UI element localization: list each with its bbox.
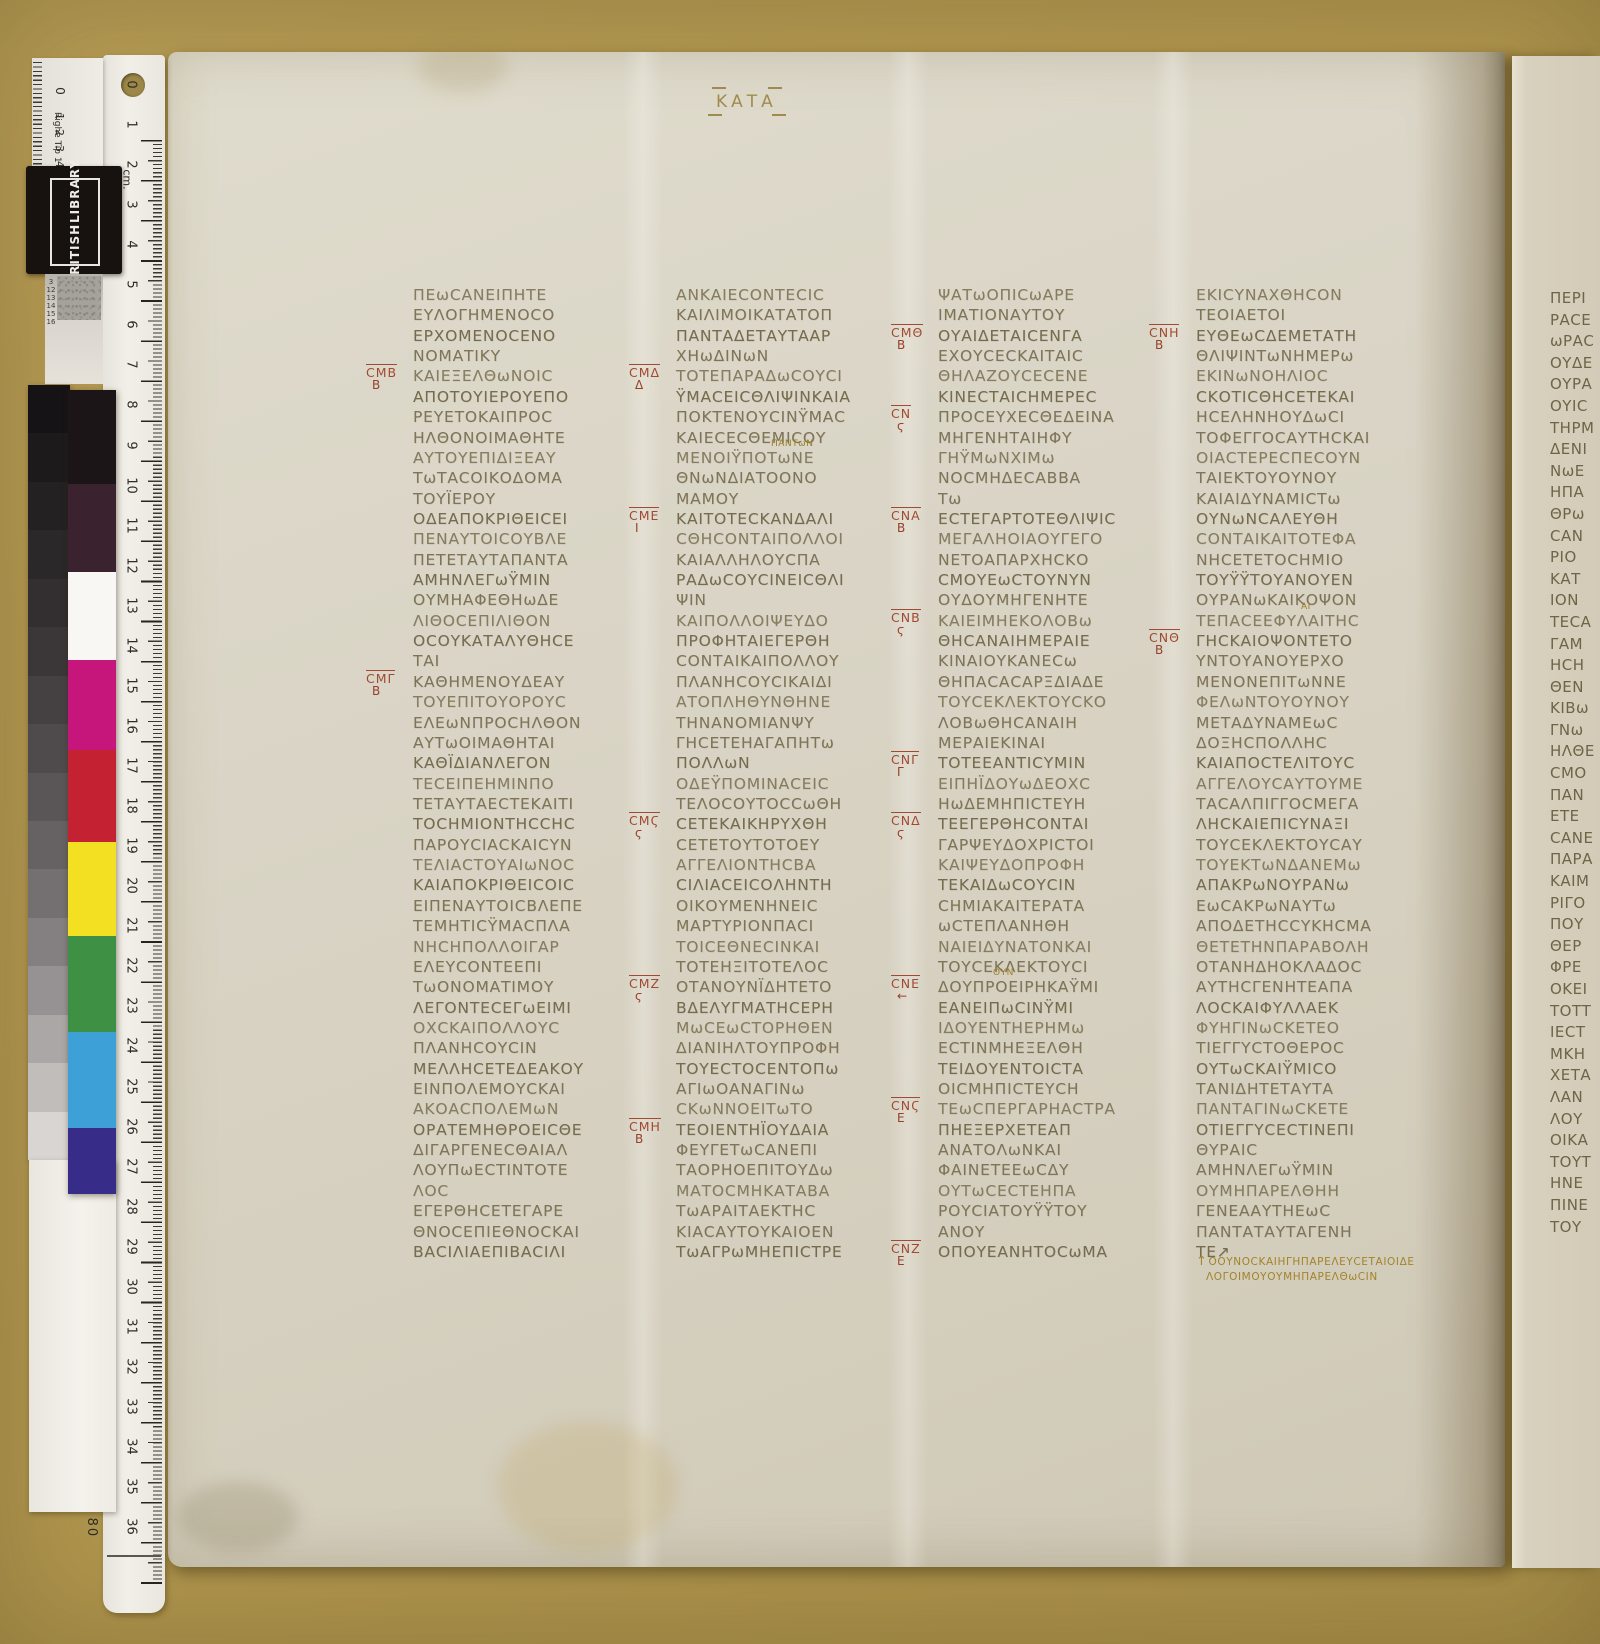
manuscript-line: CΟΝΤΑΙΚΑΙΠΟΛΛΟΥ: [676, 651, 976, 671]
canon-table: Β: [366, 379, 410, 392]
manuscript-line: ΤΟΥCΕΚΛΕΚΤΟΥCΑΥ: [1196, 835, 1496, 855]
grayscale-step: [28, 482, 70, 530]
facing-leaf-text: ΠΕΡΙΡΑCΕωΡΑCΟΥΔΕΟΥΡΑΟΥΙCΤΗΡΜΔΕΝΙΝωΕΗΠΑΘΡ…: [1550, 288, 1600, 1238]
manuscript-line: ΕΓΕΡΘΗCΕΤΕΓΑΡΕ: [413, 1201, 713, 1221]
manuscript-line: ΠΕωCΑΝΕΙΠΗΤΕ: [413, 285, 713, 305]
facing-leaf-line: ΠΕΡΙ: [1550, 288, 1600, 310]
manuscript-line: ΚΙΝΑΙΟΥΚΑΝΕCω: [938, 651, 1238, 671]
ruler-cm-number: 25: [124, 1074, 139, 1098]
manuscript-line: ΚΑΙΑΙΔΥΝΑΜΙCΤω: [1196, 489, 1496, 509]
manuscript-line: ΤΟΦΕΓΓΟCΑΥΤΗCΚΑΙ: [1196, 428, 1496, 448]
manuscript-line: ΘΝωΝΔΙΑΤΟΟΝΟ: [676, 468, 976, 488]
manuscript-line: ΟΥΤωCΚΑΙΫΜΙCΟ: [1196, 1059, 1496, 1079]
facing-leaf-line: ΚΑΙΜ: [1550, 871, 1600, 893]
color-patch-magenta: [68, 660, 116, 750]
canon-table: ϛ: [629, 990, 673, 1003]
ruler-cm-number: 24: [124, 1034, 139, 1058]
eusebian-canon-number: CΜΗΒ: [629, 1118, 673, 1146]
manuscript-line: ΤΕΚΑΙΔωCΟΥCΙΝ: [938, 875, 1238, 895]
manuscript-line: ΔΟΥΠΡΟΕΙΡΗΚΑΫΜΙ: [938, 977, 1238, 997]
eusebian-canon-number: CΝϛ: [891, 405, 935, 433]
canon-section: CΝΒ: [891, 609, 921, 624]
manuscript-line: ΤΗΝΑΝΟΜΙΑΝΨΥ: [676, 713, 976, 733]
eusebian-canon-number: CΜΖϛ: [629, 975, 673, 1003]
facing-leaf-line: ΟΥΡΑ: [1550, 374, 1600, 396]
canon-section: CΝΕ: [891, 975, 920, 990]
manuscript-line: ΑΥΤΟΥΕΠΙΔΙΞΕΑΥ: [413, 448, 713, 468]
color-patch-white: [68, 572, 116, 660]
manuscript-line: ΕωCΑΚΡωΝΑΥΤω: [1196, 896, 1496, 916]
grayscale-step: [28, 1063, 70, 1111]
eusebian-canon-number: CΜΕΙ: [629, 507, 673, 535]
facing-leaf-line: ΠΑΡΑ: [1550, 849, 1600, 871]
ruler-cm-number: 3: [124, 193, 139, 217]
manuscript-line: ΤΟΥCΕΚΛΕΚΤΟΥCΙ: [938, 957, 1238, 977]
manuscript-line: ΒΑCΙΛΙΑΕΠΙΒΑCΙΛΙ: [413, 1242, 713, 1262]
manuscript-line: ΠΛΑΝΗCΟΥCΙΚΑΙΔΙ: [676, 672, 976, 692]
grayscale-step: [28, 918, 70, 966]
manuscript-line: CΜΟΥΕωCΤΟΥΝΥΝ: [938, 570, 1238, 590]
manuscript-line: ΚΑΙΑΠΟCΤΕΛΙΤΟΥC: [1196, 753, 1496, 773]
manuscript-line: ΤΑΝΙΔΗΤΕΤΑΥΤΑ: [1196, 1079, 1496, 1099]
facing-leaf-line: ΤΟΤΤ: [1550, 1001, 1600, 1023]
calibration-fragment: 31213141516: [45, 274, 103, 384]
ruler-cm-number: 10: [124, 473, 139, 497]
manuscript-line: ΤΑΙΕΚΤΟΥΟΥΝΟΥ: [1196, 468, 1496, 488]
facing-leaf-line: CΜΟ: [1550, 763, 1600, 785]
ruler-cm-number: 11: [124, 513, 139, 537]
ruler-cm-number: 7: [124, 353, 139, 377]
footnote-line: ↑ΟΟΥΝΟCΚΑΙΗΓΗΠΑΡΕΛΕΥCΕΤΑΙΟΙΔΕ: [1196, 1254, 1415, 1270]
manuscript-line: ΜΗΓΕΝΗΤΑΙΗΦΥ: [938, 428, 1238, 448]
ruler-cm-number: 23: [124, 994, 139, 1018]
manuscript-line: ωCΤΕΠΛΑΝΗΘΗ: [938, 916, 1238, 936]
manuscript-line: CΚΟΤΙCΘΗCΕΤΕΚΑΙ: [1196, 387, 1496, 407]
canon-table: Ι: [629, 522, 673, 535]
manuscript-line: ΕΛΕΥCΟΝΤΕΕΠΙ: [413, 957, 713, 977]
parchment-stain: [418, 42, 508, 92]
manuscript-line: ΟΥΜΗΠΑΡΕΛΘΗΗ: [1196, 1181, 1496, 1201]
manuscript-line: ΦΥΗΓΙΝωCΚΕΤΕΟ: [1196, 1018, 1496, 1038]
manuscript-line: ΤΕΛΙΑCΤΟΥΑΙωΝΟC: [413, 855, 713, 875]
manuscript-line: ΘΥΡΑΙC: [1196, 1140, 1496, 1160]
manuscript-line: ΟΤΙΕΓΓΥCΕCΤΙΝΕΠΙ: [1196, 1120, 1496, 1140]
manuscript-line: ΕΙΠΗΪΔΟΥωΔΕΟΧC: [938, 774, 1238, 794]
manuscript-line: ΑΤΟΠΛΗΘΥΝΘΗΝΕ: [676, 692, 976, 712]
canon-table: Β: [629, 1133, 673, 1146]
canon-section: CΝΑ: [891, 507, 921, 522]
insertion-arrow-icon: ↑: [1196, 1254, 1208, 1269]
manuscript-column-1: ΠΕωCΑΝΕΙΠΗΤΕΕΥΛΟΓΗΜΕΝΟCΟΕΡΧΟΜΕΝΟCΕΝΟΝΟΜΑ…: [413, 285, 713, 1262]
manuscript-column-4: ΕΚΙCΥΝΑΧΘΗCΟΝΤΕΟΙΑΕΤΟΙΕΥΘΕωCΔΕΜΕΤΑΤΗΘΛΙΨ…: [1196, 285, 1496, 1262]
manuscript-line: ΛΟΒωΘΗCΑΝΑΙΗ: [938, 713, 1238, 733]
manuscript-line: ΡΟΥCΙΑΤΟΥΫΫΤΟΥ: [938, 1201, 1238, 1221]
manuscript-line: ΓΗCΕΤΕΗΑΓΑΠΗΤω: [676, 733, 976, 753]
manuscript-line: Τω: [938, 489, 1238, 509]
manuscript-line: ΟΥΔΟΥΜΗΓΕΝΗΤΕ: [938, 590, 1238, 610]
manuscript-line: ΤΕΠΑCΕΕΦΥΛΑΙΤΗC: [1196, 611, 1496, 631]
color-patch-indigo: [68, 1128, 116, 1194]
manuscript-line: ΟΙCΜΗΠΙCΤΕΥCΗ: [938, 1079, 1238, 1099]
canon-section: CΜΗ: [629, 1118, 661, 1133]
ruler-ticks-cm: [141, 140, 162, 1584]
manuscript-line: ΑΠΟΔΕΤΗCCΥΚΗCΜΑ: [1196, 916, 1496, 936]
manuscript-line: ΦΕΥΓΕΤωCΑΝΕΠΙ: [676, 1140, 976, 1160]
canon-table: Β: [891, 522, 935, 535]
manuscript-line: ΑΥΤΗCΓΕΝΗΤΕΑΠΑ: [1196, 977, 1496, 997]
manuscript-line: ΜωCΕωCΤΟΡΗΘΕΝ: [676, 1018, 976, 1038]
footnote-line: ΛΟΓΟΙΜΟΥΟΥΜΗΠΑΡΕΛΘωCΙΝ: [1196, 1270, 1415, 1285]
manuscript-line: ΠΕΤΕΤΑΥΤΑΠΑΝΤΑ: [413, 550, 713, 570]
color-patch-cyan-blue: [68, 1032, 116, 1128]
ruler-cm-number: 26: [124, 1114, 139, 1138]
canon-section: CΝ: [891, 405, 911, 420]
facing-leaf-line: CΑΝ: [1550, 526, 1600, 548]
manuscript-line: ΚΙΑCΑΥΤΟΥΚΑΙΟΕΝ: [676, 1222, 976, 1242]
eusebian-canon-number: CΝϚΕ: [891, 1097, 935, 1125]
british-library-label: BRITISH LIBRARY: [26, 166, 122, 274]
manuscript-line: ΙΔΟΥΕΝΤΗΕΡΗΜω: [938, 1018, 1238, 1038]
manuscript-line: ΛΟC: [413, 1181, 713, 1201]
manuscript-line: ΜΕΛΛΗCΕΤΕΔΕΑΚΟΥ: [413, 1059, 713, 1079]
facing-leaf-line: ΡΙΟ: [1550, 547, 1600, 569]
canon-table: Β: [366, 685, 410, 698]
canon-section: CΝΘ: [1149, 629, 1180, 644]
canon-section: CΜΘ: [891, 324, 923, 339]
grayscale-calibration-bar: [28, 385, 70, 1160]
manuscript-line: ΤωΑΡΑΙΤΑΕΚΤΗC: [676, 1201, 976, 1221]
manuscript-line: ΚΑΘΗΜΕΝΟΥΔΕΑΥ: [413, 672, 713, 692]
interlinear-correction: ΟΥΝ: [993, 968, 1014, 978]
facing-leaf-line: ΕΤΕ: [1550, 806, 1600, 828]
manuscript-line: ΠΗΕΞΕΡΧΕΤΕΑΠ: [938, 1120, 1238, 1140]
title-dash: [768, 87, 782, 89]
color-patch-green: [68, 936, 116, 1032]
facing-leaf-line: ΙΕCΤ: [1550, 1022, 1600, 1044]
calibration-number: 15: [45, 310, 57, 318]
grayscale-step: [28, 1112, 70, 1160]
manuscript-line: ΦΑΙΝΕΤΕΕωCΔΥ: [938, 1160, 1238, 1180]
parchment-stain: [498, 1422, 678, 1552]
manuscript-line: ΤΕΤΑΥΤΑΕCΤΕΚΑΙΤΙ: [413, 794, 713, 814]
eusebian-canon-number: CΝΘΒ: [1149, 629, 1193, 657]
facing-leaf-line: ΟΙΚΑ: [1550, 1130, 1600, 1152]
color-calibration-bar: [68, 390, 116, 1194]
ruler-cm-number: 16: [124, 713, 139, 737]
manuscript-line: ΤΕΕΓΕΡΘΗCΟΝΤΑΙ: [938, 814, 1238, 834]
manuscript-line: ΤΟΤΕΗΞΙΤΟΤΕΛΟC: [676, 957, 976, 977]
manuscript-line: ΛΟCΚΑΙΦΥΛΛΑΕΚ: [1196, 998, 1496, 1018]
calibration-number: 14: [45, 302, 57, 310]
facing-leaf-line: ΟΥΔΕ: [1550, 353, 1600, 375]
manuscript-line: ΕΡΧΟΜΕΝΟCΕΝΟ: [413, 326, 713, 346]
interlinear-correction: ΠΑΝΤωΝ: [771, 439, 813, 449]
canon-section: CΜΖ: [629, 975, 660, 990]
manuscript-line: ΜΕΤΑΔΥΝΑΜΕωC: [1196, 713, 1496, 733]
canon-table: ϛ: [891, 624, 935, 637]
manuscript-line: ΘΗCΑΝΑΙΗΜΕΡΑΙΕ: [938, 631, 1238, 651]
manuscript-line: ΑΠΑΚΡωΝΟΥΡΑΝω: [1196, 875, 1496, 895]
ruler-cm-number: 27: [124, 1154, 139, 1178]
ruler-cm-number: 17: [124, 754, 139, 778]
manuscript-line: ΚΙΝΕCΤΑΙCΗΜΕΡΕC: [938, 387, 1238, 407]
manuscript-line: CΙΛΙΑCΕΙCΟΛΗΝΤΗ: [676, 875, 976, 895]
manuscript-line: ΙΜΑΤΙΟΝΑΥΤΟΥ: [938, 305, 1238, 325]
facing-leaf-line: ΛΑΝ: [1550, 1087, 1600, 1109]
parchment-stain: [178, 1482, 298, 1552]
facing-leaf-line: ΚΑΤ: [1550, 569, 1600, 591]
facing-leaf-line: ΧΕΤΑ: [1550, 1065, 1600, 1087]
grayscale-step: [28, 821, 70, 869]
manuscript-line: ΟΥΑΙΔΕΤΑΙCΕΝΓΑ: [938, 326, 1238, 346]
manuscript-line: ΠΡΟCΕΥΧΕCΘΕΔΕΙΝΑ: [938, 407, 1238, 427]
calibration-number: 13: [45, 294, 57, 302]
ruler-fragment-title: Righe Tip 1: [52, 112, 62, 163]
manuscript-line: ΑΓΙωΟΑΝΑΓΙΝω: [676, 1079, 976, 1099]
canon-table: Δ: [629, 379, 673, 392]
facing-leaf-line: ΦΡΕ: [1550, 957, 1600, 979]
grayscale-step: [28, 676, 70, 724]
grayscale-step: [28, 385, 70, 433]
manuscript-line: ΜΑΤΟCΜΗΚΑΤΑΒΑ: [676, 1181, 976, 1201]
ruler-cm-number: 14: [124, 633, 139, 657]
manuscript-line: ΤΕΜΗΤΙCΫΜΑCΠΛΑ: [413, 916, 713, 936]
facing-leaf-line: ΗΛΘΕ: [1550, 741, 1600, 763]
manuscript-line: ΜΑΜΟΥ: [676, 489, 976, 509]
canon-table: Γ: [891, 766, 935, 779]
manuscript-line: ΜΕΡΑΙΕΚΙΝΑΙ: [938, 733, 1238, 753]
canon-section: CΜΓ: [366, 670, 395, 685]
canon-section: CΜΕ: [629, 507, 659, 522]
manuscript-line: ΡΑΔωCΟΥCΙΝΕΙCΘΛΙ: [676, 570, 976, 590]
canon-table: Β: [891, 339, 935, 352]
ruler-cm-number: 29: [124, 1234, 139, 1258]
manuscript-line: ΠΑΝΤΑΤΑΥΤΑΓΕΝΗ: [1196, 1222, 1496, 1242]
manuscript-line: ΘΕΤΕΤΗΝΠΑΡΑΒΟΛΗ: [1196, 937, 1496, 957]
manuscript-line: ΫΜΑCΕΙCΘΛΙΨΙΝΚΑΙΑ: [676, 387, 976, 407]
canon-section: CΝΗ: [1149, 324, 1179, 339]
ruler-cm-number: 34: [124, 1435, 139, 1459]
ruler-cm-number: 0: [124, 73, 139, 97]
grayscale-step: [28, 433, 70, 481]
canon-section: CΝΔ: [891, 812, 921, 827]
manuscript-line: ΛΗCΚΑΙΕΠΙCΥΝΑΞΙ: [1196, 814, 1496, 834]
facing-leaf-line: ΤΗΡΜ: [1550, 418, 1600, 440]
manuscript-line: ΨΑΤωΟΠΙCωΑΡΕ: [938, 285, 1238, 305]
manuscript-line: ΕΥΘΕωCΔΕΜΕΤΑΤΗ: [1196, 326, 1496, 346]
calibration-fragment-numbers: 31213141516: [45, 278, 57, 326]
manuscript-line: ΝΗCΕΤΕΤΟCΗΜΙΟ: [1196, 550, 1496, 570]
manuscript-line: ΕCΤΕΓΑΡΤΟΤΕΘΛΙΨΙC: [938, 509, 1238, 529]
grayscale-step: [28, 627, 70, 675]
facing-leaf-line: ΠΟΥ: [1550, 914, 1600, 936]
canon-table: Β: [1149, 644, 1193, 657]
manuscript-line: ΓΕΝΕΑΑΥΤΗΕωC: [1196, 1201, 1496, 1221]
manuscript-line: ΥΝΤΟΥΑΝΟΥΕΡΧΟ: [1196, 651, 1496, 671]
manuscript-line: ΕΑΝΕΙΠωCΙΝΫΜΙ: [938, 998, 1238, 1018]
manuscript-line: ΟΙΚΟΥΜΕΝΗΝΕΙC: [676, 896, 976, 916]
manuscript-line: ΤωΤΑCΟΙΚΟΔΟΜΑ: [413, 468, 713, 488]
ruler-cm-number: 1: [124, 113, 139, 137]
ruler-cm-number: 31: [124, 1314, 139, 1338]
ruler-cm-number: 9: [124, 433, 139, 457]
eusebian-canon-number: CΝΓΓ: [891, 751, 935, 779]
manuscript-line: ΕΛΕωΝΠΡΟCΗΛΘΟΝ: [413, 713, 713, 733]
manuscript-line: ΦΕΛωΝΤΟΥΟΥΝΟΥ: [1196, 692, 1496, 712]
ruler-cm-number: 2: [124, 153, 139, 177]
canon-section: CΝΓ: [891, 751, 919, 766]
calibration-number: 16: [45, 318, 57, 326]
interlinear-correction: ΑΙ: [1301, 602, 1311, 612]
running-title: ΚΑΤΑ: [716, 92, 777, 112]
manuscript-line: ΤΟΥΪΕΡΟΥ: [413, 489, 713, 509]
ruler-cm-number: 30: [124, 1274, 139, 1298]
title-dash: [712, 87, 726, 89]
eusebian-canon-number: CΝΒϛ: [891, 609, 935, 637]
facing-leaf-line: ΠΑΝ: [1550, 785, 1600, 807]
ruler-cm-number: 8: [124, 393, 139, 417]
manuscript-line: ΘΛΙΨΙΝΤωΝΗΜΕΡω: [1196, 346, 1496, 366]
facing-leaf-line: ΓΑΜ: [1550, 634, 1600, 656]
manuscript-line: ΕCΤΙΝΜΗΕΞΕΛΘΗ: [938, 1038, 1238, 1058]
manuscript-line: ΗCΕΛΗΝΗΟΥΔωCΙ: [1196, 407, 1496, 427]
manuscript-line: ΛΟΥΠωΕCΤΙΝΤΟΤΕ: [413, 1160, 713, 1180]
ruler-cm-number: 32: [124, 1354, 139, 1378]
manuscript-line: ΟΥΝωΝCΑΛΕΥΘΗ: [1196, 509, 1496, 529]
eusebian-canon-number: CΝΗΒ: [1149, 324, 1193, 352]
manuscript-line: ΑΓΓΕΛΟΥCΑΥΤΟΥΜΕ: [1196, 774, 1496, 794]
grayscale-step: [28, 724, 70, 772]
manuscript-line: ΡΕΥΕΤΟΚΑΙΠΡΟC: [413, 407, 713, 427]
canon-table: Ε: [891, 1255, 935, 1268]
running-title-text: ΚΑΤΑ: [716, 92, 777, 112]
facing-leaf-line: ΡΑCΕ: [1550, 310, 1600, 332]
british-library-text: BRITISH LIBRARY: [50, 178, 100, 266]
manuscript-line: ΑΓΓΕΛΙΟΝΤΗCΒΑ: [676, 855, 976, 875]
facing-leaf-line: ΗCΗ: [1550, 655, 1600, 677]
manuscript-line: ΟΥΤωCΕCΤΕΗΠΑ: [938, 1181, 1238, 1201]
manuscript-line: ΗΛΘΟΝΟΙΜΑΘΗΤΕ: [413, 428, 713, 448]
manuscript-line: ΤΕωCΠΕΡΓΑΡΗΑCΤΡΑ: [938, 1099, 1238, 1119]
canon-table: ϛ: [891, 420, 935, 433]
facing-leaf-line: ΡΙΓΟ: [1550, 893, 1600, 915]
facing-leaf-line: ΓΝω: [1550, 720, 1600, 742]
color-patch-red: [68, 750, 116, 842]
manuscript-line: ΑΥΤωΟΙΜΑΘΗΤΑΙ: [413, 733, 713, 753]
ruler-cm-number: 12: [124, 553, 139, 577]
eusebian-canon-number: CΜΘΒ: [891, 324, 935, 352]
manuscript-line: ΚΑΙΕΙΜΗΕΚΟΛΟΒω: [938, 611, 1238, 631]
manuscript-line: ΝΟΜΑΤΙΚΥ: [413, 346, 713, 366]
facing-leaf-line: ΟΥΙC: [1550, 396, 1600, 418]
canon-table: ←: [891, 990, 935, 1003]
manuscript-line: ΜΕΝΟΙΫΠΟΤωΝΕ: [676, 448, 976, 468]
manuscript-line: ΕΥΛΟΓΗΜΕΝΟCΟ: [413, 305, 713, 325]
manuscript-line: ΘΗΠΑCΑCΑΡΞΔΙΑΔΕ: [938, 672, 1238, 692]
manuscript-line: ΤΕΛΟCΟΥΤΟCCωΘΗ: [676, 794, 976, 814]
manuscript-line: ΑΝΚΑΙΕCΟΝΤΕCΙC: [676, 285, 976, 305]
ruler-cm-number: 13: [124, 593, 139, 617]
manuscript-line: ΚΑΙΨΕΥΔΟΠΡΟΦΗ: [938, 855, 1238, 875]
manuscript-line: ΝΗCΗΠΟΛΛΟΙΓΑΡ: [413, 937, 713, 957]
grayscale-step: [28, 530, 70, 578]
manuscript-line: ΟΧCΚΑΙΠΟΛΛΟΥC: [413, 1018, 713, 1038]
manuscript-line: ΟΠΟΥΕΑΝΗΤΟCωΜΑ: [938, 1242, 1238, 1262]
manuscript-line: ΤΑΟΡΗΟΕΠΙΤΟΥΔω: [676, 1160, 976, 1180]
manuscript-line: ΚΑΙΑΛΛΗΛΟΥCΠΑ: [676, 550, 976, 570]
canon-table: ϛ: [891, 827, 935, 840]
canon-section: CΜΒ: [366, 364, 397, 379]
facing-leaf-line: ΤΕCΑ: [1550, 612, 1600, 634]
ruler-cm-number: 20: [124, 874, 139, 898]
calibration-speckle: [57, 276, 101, 320]
manuscript-line: ΕΚΙΝωΝΟΗΛΙΟC: [1196, 366, 1496, 386]
facing-leaf-line: ΙΟΝ: [1550, 590, 1600, 612]
ruler-cm-number: 21: [124, 914, 139, 938]
manuscript-column-3: ΨΑΤωΟΠΙCωΑΡΕΙΜΑΤΙΟΝΑΥΤΟΥΟΥΑΙΔΕΤΑΙCΕΝΓΑΕΧ…: [938, 285, 1238, 1262]
manuscript-line: ΛΙΘΟCΕΠΙΛΙΘΟΝ: [413, 611, 713, 631]
manuscript-line: ΑΜΗΝΛΕΓωΫΜΙΝ: [413, 570, 713, 590]
canon-section: CΜΔ: [629, 364, 660, 379]
manuscript-line: ΤΟΥΕΚΤωΝΔΑΝΕΜω: [1196, 855, 1496, 875]
eusebian-canon-number: CΜΔΔ: [629, 364, 673, 392]
manuscript-line: ΓΗΫΜωΝΧΙΜω: [938, 448, 1238, 468]
color-patch-dark-maroon: [68, 484, 116, 572]
calibration-number: 3: [45, 278, 57, 286]
color-patch-black: [68, 390, 116, 484]
canon-section: CΜϚ: [629, 812, 660, 827]
manuscript-line: ΟΥΡΑΝωΚΑΙΚΟΨΟΝ: [1196, 590, 1496, 610]
eusebian-canon-number: CΝΕ←: [891, 975, 935, 1003]
manuscript-line: ΘΝΟCΕΠΙΕΘΝΟCΚΑΙ: [413, 1222, 713, 1242]
calibration-backing-card: [29, 1160, 116, 1512]
calibration-number: 12: [45, 286, 57, 294]
manuscript-line: ΔΙΑΝΙΗΛΤΟΥΠΡΟΦΗ: [676, 1038, 976, 1058]
corrector-footnote: ↑ΟΟΥΝΟCΚΑΙΗΓΗΠΑΡΕΛΕΥCΕΤΑΙΟΙΔΕ ΛΟΓΟΙΜΟΥΟΥ…: [1196, 1254, 1415, 1285]
manuscript-line: ΕΙΝΠΟΛΕΜΟΥCΚΑΙ: [413, 1079, 713, 1099]
manuscript-line: ΤΕΟΙΑΕΤΟΙ: [1196, 305, 1496, 325]
manuscript-line: ΓΗCΚΑΙΟΨΟΝΤΕΤΟ: [1196, 631, 1496, 651]
manuscript-line: ΗωΔΕΜΗΠΙCΤΕΥΗ: [938, 794, 1238, 814]
manuscript-line: ΑΚΟΑCΠΟΛΕΜωΝ: [413, 1099, 713, 1119]
facing-leaf-line: ΚΙΒω: [1550, 698, 1600, 720]
facing-leaf-line: ΗΠΑ: [1550, 482, 1600, 504]
facing-leaf-line: ΔΕΝΙ: [1550, 439, 1600, 461]
color-patch-yellow: [68, 842, 116, 936]
facing-leaf-line: CΑΝΕ: [1550, 828, 1600, 850]
ruler-fragment-ticks: [33, 62, 42, 166]
facing-leaf-edge: ΠΕΡΙΡΑCΕωΡΑCΟΥΔΕΟΥΡΑΟΥΙCΤΗΡΜΔΕΝΙΝωΕΗΠΑΘΡ…: [1512, 56, 1600, 1568]
manuscript-line: ΟCΟΥΚΑΤΑΛΥΘΗCΕ: [413, 631, 713, 651]
eusebian-canon-number: CΜϚϛ: [629, 812, 673, 840]
manuscript-line: ΑΝΑΤΟΛωΝΚΑΙ: [938, 1140, 1238, 1160]
manuscript-line: ΟΤΑΝΗΔΗΟΚΛΑΔΟC: [1196, 957, 1496, 977]
manuscript-line: ΜΑΡΤΥΡΙΟΝΠΑCΙ: [676, 916, 976, 936]
manuscript-line: ΤΟΥΕΠΙΤΟΥΟΡΟΥC: [413, 692, 713, 712]
facing-leaf-line: ΗΝΕ: [1550, 1173, 1600, 1195]
facing-leaf-line: ΤΟΥΤ: [1550, 1152, 1600, 1174]
manuscript-line: ΤΟΤΕΠΑΡΑΔωCΟΥCΙ: [676, 366, 976, 386]
manuscript-line: ΠΛΑΝΗCΟΥCΙΝ: [413, 1038, 713, 1058]
manuscript-line: ΜΕΝΟΝΕΠΙΤωΝΝΕ: [1196, 672, 1496, 692]
facing-leaf-line: ΟΚΕΙ: [1550, 979, 1600, 1001]
grayscale-step: [28, 966, 70, 1014]
manuscript-line: ΝΑΙΕΙΔΥΝΑΤΟΝΚΑΙ: [938, 937, 1238, 957]
ruler-fragment: 0 1234 Righe Tip 1: [32, 58, 103, 170]
ruler-cm-number: 19: [124, 834, 139, 858]
ruler-cm-number: 36: [124, 1515, 139, 1539]
canon-section: CΝΖ: [891, 1240, 921, 1255]
